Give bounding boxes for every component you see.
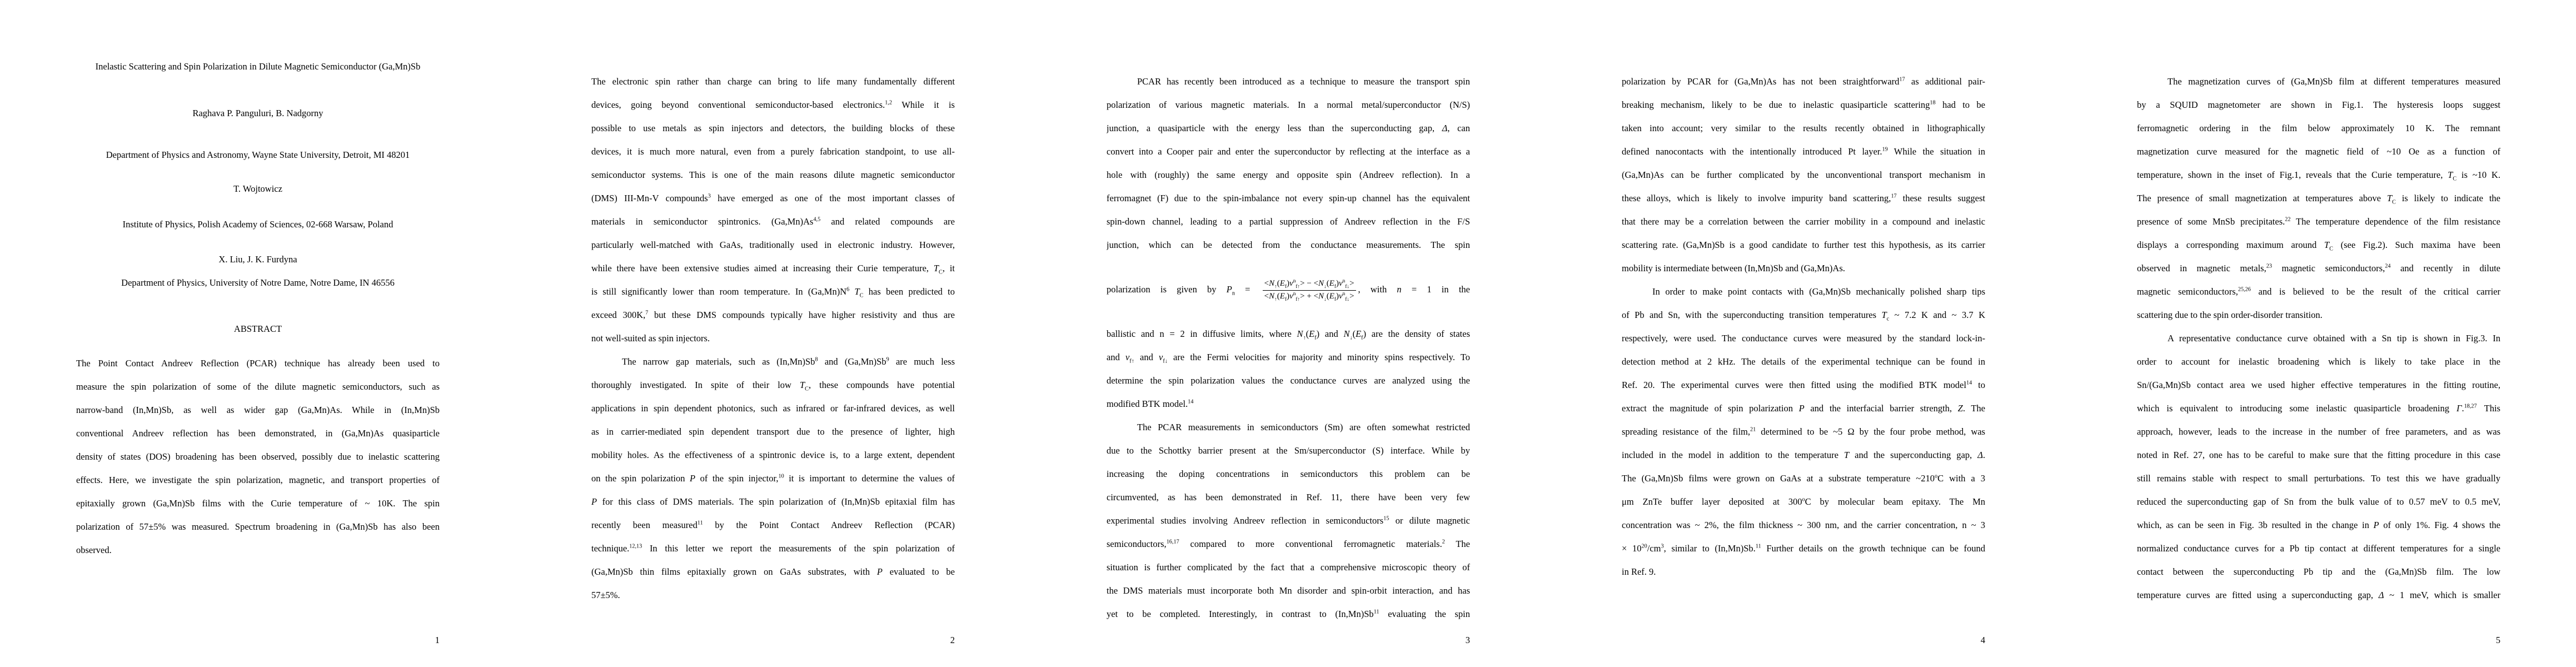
text-line: not well-suited as spin injectors. [591,327,955,350]
text-line: Inelastic Scattering and Spin Polarizati… [76,55,440,78]
document-canvas: Inelastic Scattering and Spin Polarizati… [0,0,2576,667]
text-line: presence of some MnSb precipitates.22 Th… [2137,210,2500,233]
text-line: on the spin polarization P of the spin i… [591,467,955,490]
equation-fraction: <N↑(Ef)vnf↑> − <N↓(Ef)vnf↓><N↑(Ef)vnf↑> … [1263,278,1356,302]
text-line: spreading resistance of the film,21 dete… [1622,420,1985,444]
text-line: polarization of various magnetic materia… [1107,93,1470,117]
text-line: devices, going beyond conventional semic… [591,93,955,117]
text-line: epitaxially grown (Ga,Mn)Sb films with t… [76,492,440,515]
text-line: as in carrier-mediated spin dependent tr… [591,420,955,444]
text-line: Ref. 20. The experimental curves were th… [1622,374,1985,397]
text-line: contact between the superconducting Pb t… [2137,560,2500,584]
text-line: Department of Physics, University of Not… [76,271,440,295]
page-number: 5 [2496,635,2500,646]
text-line: concentration was ~ 2%, the film thickne… [1622,514,1985,537]
text-line: thoroughly investigated. In spite of the… [591,374,955,397]
text-line: ABSTRACT [76,317,440,341]
text-line: and vf↑ and vf↓ are the Fermi velocities… [1107,346,1470,369]
text-line: semiconductor systems. This is one of th… [591,163,955,187]
text-line: increasing the doping concentrations in … [1107,462,1470,486]
fraction-numerator: <N↑(Ef)vnf↑> − <N↓(Ef)vnf↓> [1263,278,1356,291]
text-line: (DMS) III-Mn-V compounds3 have emerged a… [591,187,955,210]
page-number: 2 [950,635,955,646]
equation-lhs: polarization is given by Pn = [1107,284,1260,295]
text-line: these alloys, which is likely to involve… [1622,187,1985,210]
page-4: polarization by PCAR for (Ga,Mn)As has n… [1546,0,2061,667]
text-line: possible to use metals as spin injectors… [591,117,955,140]
text-line: experimental studies involving Andreev r… [1107,509,1470,532]
text-line: due to the Schottky barrier present at t… [1107,439,1470,462]
equation-rhs: , with n = 1 in the [1358,284,1470,295]
text-line: noted in Ref. 27, one has to be careful … [2137,444,2500,467]
text-line: junction, which can be detected from the… [1107,233,1470,257]
text-line: temperature curves are fitted using a su… [2137,584,2500,607]
text-line: measure the spin polarization of some of… [76,375,440,399]
text-line: The presence of small magnetization at t… [2137,187,2500,210]
text-line: mobility holes. As the effectiveness of … [591,444,955,467]
text-line: In order to make point contacts with (Ga… [1622,280,1985,303]
text-line: while there have been extensive studies … [591,257,955,280]
text-line: The narrow gap materials, such as (In,Mn… [591,350,955,374]
fraction-denominator: <N↑(Ef)vnf↑> + <N↓(Ef)vnf↓> [1263,291,1356,302]
text-line: T. Wojtowicz [76,177,440,201]
text-line: junction, a quasiparticle with the energ… [1107,117,1470,140]
text-line: The Point Contact Andreev Reflection (PC… [76,352,440,375]
text-line: materials in semiconductor spintronics. … [591,210,955,233]
text-line: modified BTK model.14 [1107,392,1470,416]
text-line: Institute of Physics, Polish Academy of … [76,213,440,236]
text-line: included in the model in addition to the… [1622,444,1985,467]
text-line: (Ga,Mn)Sb thin films epitaxially grown o… [591,560,955,584]
text-line: density of states (DOS) broadening has b… [76,445,440,469]
text-line: in Ref. 9. [1622,560,1985,584]
text-line: reduced the superconducting gap of Sn fr… [2137,490,2500,514]
text-line: applications in spin dependent photonics… [591,397,955,420]
text-line: which is equivalent to introducing some … [2137,397,2500,420]
text-line: narrow-band (In,Mn)Sb, as well as wider … [76,399,440,422]
text-line: magnetic semiconductors,25,26 and is bel… [2137,280,2500,303]
text-line: The electronic spin rather than charge c… [591,70,955,93]
text-line: particularly well-matched with GaAs, tra… [591,233,955,257]
text-line: is still significantly lower than room t… [591,280,955,303]
text-line: of Pb and Sn, with the superconducting t… [1622,303,1985,327]
text-line: yet to be completed. Interestingly, in c… [1107,603,1470,626]
text-line: situation is further complicated by the … [1107,556,1470,579]
text-line: technique.12,13 In this letter we report… [591,537,955,560]
text-line: detection method at 2 kHz. The details o… [1622,350,1985,374]
text-line: that there may be a correlation between … [1622,210,1985,233]
text-line: The PCAR measurements in semiconductors … [1107,416,1470,439]
text-line: scattering due to the spin order-disorde… [2137,303,2500,327]
text-line: ferromagnet (F) due to the spin-imbalanc… [1107,187,1470,210]
text-line: which, as can be seen in Fig. 3b resulte… [2137,514,2500,537]
page-number: 1 [435,635,440,646]
text-line: devices, it is much more natural, even f… [591,140,955,163]
text-line: (Ga,Mn)As can be further complicated by … [1622,163,1985,187]
text-line: PCAR has recently been introduced as a t… [1107,70,1470,93]
text-line: Department of Physics and Astronomy, Way… [76,143,440,167]
text-line: polarization of 57±5% was measured. Spec… [76,515,440,539]
text-line: observed. [76,539,440,562]
page-1: Inelastic Scattering and Spin Polarizati… [0,0,515,667]
text-line: P for this class of DMS materials. The s… [591,490,955,514]
text-line: respectively, were used. The conductance… [1622,327,1985,350]
text-line: conventional Andreev reflection has been… [76,422,440,445]
page-2: The electronic spin rather than charge c… [515,0,1030,667]
page-number: 3 [1466,635,1470,646]
text-line: ferromagnetic ordering in the film below… [2137,117,2500,140]
text-line: determine the spin polarization values t… [1107,369,1470,392]
text-line: polarization by PCAR for (Ga,Mn)As has n… [1622,70,1985,93]
text-line: observed in magnetic metals,23 magnetic … [2137,257,2500,280]
page-5: The magnetization curves of (Ga,Mn)Sb fi… [2061,0,2576,667]
text-line: defined nanocontacts with the intentiona… [1622,140,1985,163]
text-line: extract the magnitude of spin polarizati… [1622,397,1985,420]
text-line: scattering rate. (Ga,Mn)Sb is a good can… [1622,233,1985,257]
text-line: hole with (roughly) the same energy and … [1107,163,1470,187]
text-line: Raghava P. Panguluri, B. Nadgorny [76,102,440,125]
text-line: × 1020/cm3, similar to (In,Mn)Sb.11 Furt… [1622,537,1985,560]
text-line: breaking mechanism, likely to be due to … [1622,93,1985,117]
page-3: PCAR has recently been introduced as a t… [1030,0,1546,667]
text-line: μm ZnTe buffer layer deposited at 300oC … [1622,490,1985,514]
text-line: the DMS materials must incorporate both … [1107,579,1470,603]
text-line: approach, however, leads to the increase… [2137,420,2500,444]
text-line: by a SQUID magnetometer are shown in Fig… [2137,93,2500,117]
text-line: order to account for inelastic broadenin… [2137,350,2500,374]
text-line: displays a corresponding maximum around … [2137,233,2500,257]
text-line: temperature, shown in the inset of Fig.1… [2137,163,2500,187]
page-number: 4 [1981,635,1985,646]
text-line: recently been measured11 by the Point Co… [591,514,955,537]
text-line: effects. Here, we investigate the spin p… [76,469,440,492]
equation-line: polarization is given by Pn = <N↑(Ef)vnf… [1107,257,1470,322]
text-line: X. Liu, J. K. Furdyna [76,248,440,271]
text-line: still remains stable with respect to sma… [2137,467,2500,490]
text-line: taken into account; very similar to the … [1622,117,1985,140]
text-line: Sn/(Ga,Mn)Sb contact area we used higher… [2137,374,2500,397]
text-line: magnetization curve measured for the mag… [2137,140,2500,163]
text-line: mobility is intermediate between (In,Mn)… [1622,257,1985,280]
text-line: The magnetization curves of (Ga,Mn)Sb fi… [2137,70,2500,93]
text-line: circumvented, as has been demonstrated i… [1107,486,1470,509]
text-line: convert into a Cooper pair and enter the… [1107,140,1470,163]
text-line: exceed 300K,7 but these DMS compounds ty… [591,303,955,327]
text-line: 57±5%. [591,584,955,607]
text-line: The (Ga,Mn)Sb films were grown on GaAs a… [1622,467,1985,490]
text-line: A representative conductance curve obtai… [2137,327,2500,350]
text-line: normalized conductance curves for a Pb t… [2137,537,2500,560]
text-line: ballistic and n = 2 in diffusive limits,… [1107,322,1470,346]
text-line: semiconductors,16,17 compared to more co… [1107,532,1470,556]
text-line: spin-down channel, leading to a partial … [1107,210,1470,233]
